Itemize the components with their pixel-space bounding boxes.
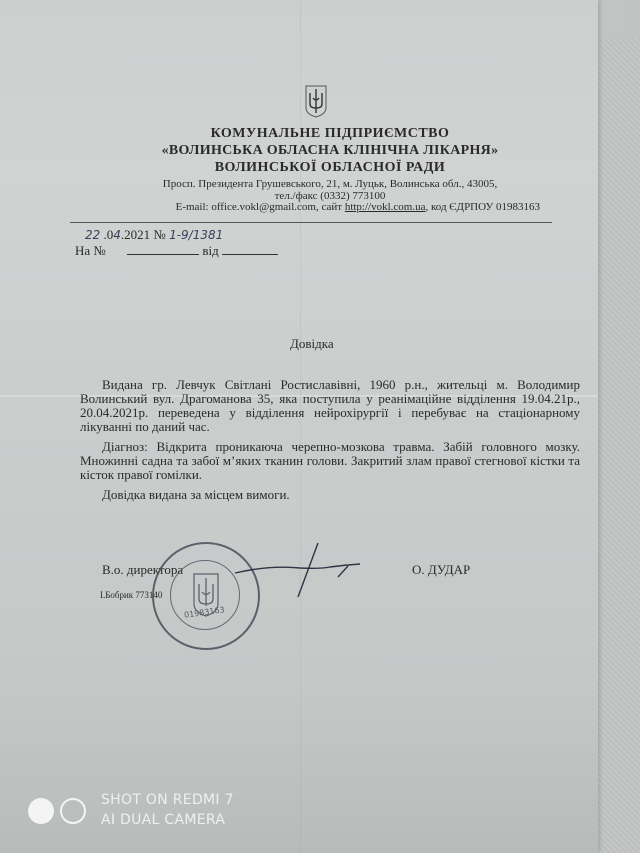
handwritten-number: 1-9/1381 — [169, 228, 223, 242]
trident-icon — [304, 84, 328, 118]
handwritten-signature — [230, 535, 370, 605]
letterhead-divider — [70, 222, 552, 223]
from-date-blank — [222, 243, 278, 255]
signatory-name: О. ДУДАР — [412, 562, 470, 578]
watermark-line-1: SHOT ON REDMI 7 — [101, 790, 234, 810]
watermark-line-2: AI DUAL CAMERA — [101, 810, 234, 830]
reference-line: На № від — [75, 243, 278, 259]
letterhead-line-1: КОМУНАЛЬНЕ ПІДПРИЄМСТВО — [120, 126, 540, 142]
code-text: , код ЄДРПОУ 01983163 — [425, 201, 540, 213]
watermark-dot-ring-icon — [60, 798, 86, 824]
from-label: від — [202, 243, 218, 258]
document-title: Довідка — [290, 336, 334, 352]
background-surface — [597, 38, 640, 853]
watermark-dot-filled-icon — [28, 798, 54, 824]
ref-number-blank — [127, 243, 199, 255]
letterhead-address: Просп. Президента Грушевського, 21, м. Л… — [120, 178, 540, 190]
date-printed: .0 — [104, 227, 114, 242]
body-paragraph-1: Видана гр. Левчук Світлані Ростиславівні… — [80, 378, 580, 434]
registration-date-line: 22 .04.2021 № 1-9/1381 — [85, 227, 223, 243]
letterhead-line-3: ВОЛИНСЬКОЇ ОБЛАСНОЇ РАДИ — [120, 160, 540, 176]
handwritten-day: 22 — [85, 228, 100, 242]
year-printed: .2021 № — [121, 227, 166, 242]
camera-watermark: SHOT ON REDMI 7 AI DUAL CAMERA — [101, 790, 234, 830]
ref-label: На № — [75, 243, 106, 258]
website-link[interactable]: http://vokl.com.ua — [345, 201, 426, 213]
body-paragraph-3: Довідка видана за місцем вимоги. — [80, 488, 580, 502]
body-paragraph-diagnosis: Діагноз: Відкрита проникаюча черепно-моз… — [80, 440, 580, 482]
letterhead-contacts: E-mail: office.vokl@gmail.com, сайт http… — [60, 201, 540, 213]
document-page: КОМУНАЛЬНЕ ПІДПРИЄМСТВО «ВОЛИНСЬКА ОБЛАС… — [0, 0, 598, 853]
letterhead-line-2: «ВОЛИНСЬКА ОБЛАСНА КЛІНІЧНА ЛІКАРНЯ» — [120, 143, 540, 159]
handwritten-month: 4 — [113, 228, 121, 242]
email-text: E-mail: office.vokl@gmail.com, сайт — [176, 201, 345, 213]
